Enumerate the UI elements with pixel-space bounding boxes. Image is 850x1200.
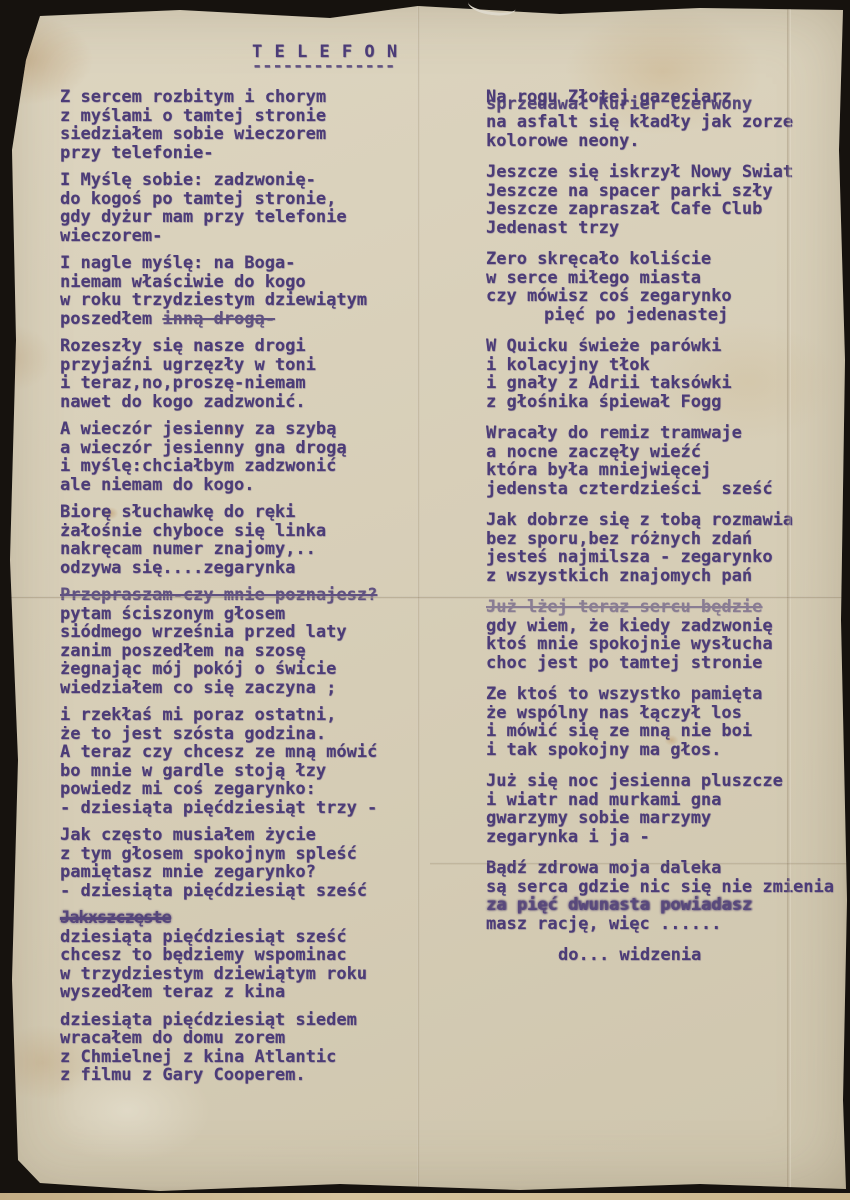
poem-line: żegnając mój pokój o świcie: [60, 660, 464, 679]
poem-line: z Chmielnej z kina Atlantic: [60, 1048, 464, 1067]
poem-line: siódmego września przed laty: [60, 623, 464, 642]
stanza: Jeszcze się iskrzył Nowy SwiatJeszcze na…: [486, 163, 850, 237]
poem-line: zegarynka i ja -: [486, 828, 850, 847]
poem-line: Jeszcze na spacer parki szły: [486, 182, 850, 201]
poem-line: Biorę słuchawkę do ręki: [60, 503, 464, 522]
poem-line: pięć po jedenastej: [486, 306, 850, 325]
poem-line: żałośnie chyboce się linka: [60, 522, 464, 541]
poem-line: a nocne zaczęły wieźć: [486, 443, 850, 462]
poem-line: i myślę:chciałbym zadzwonić: [60, 457, 464, 476]
poem-line: ktoś mnie spokojnie wysłucha: [486, 635, 850, 654]
poem-line: I nagle myślę: na Boga-: [60, 254, 464, 273]
poem-line: przy telefonie-: [60, 144, 464, 163]
poem-line: Z sercem rozbitym i chorym: [60, 88, 464, 107]
poem-column-right: Na rogu Złotej gazeciarzsprzedawał Kurie…: [486, 88, 850, 978]
poem-line: kolorowe neony.: [486, 132, 850, 151]
paper-sheet: T E L E F O N -------------- Z sercem ro…: [0, 0, 850, 1194]
poem-line: z myślami o tamtej stronie: [60, 107, 464, 126]
stanza: Biorę słuchawkę do rękiżałośnie chyboce …: [60, 503, 464, 577]
poem-line: Wracały do remiz tramwaje: [486, 424, 850, 443]
poem-line: czy mówisz coś zegarynko: [486, 287, 850, 306]
poem-line: dziesiąta pięćdziesiąt sześć: [60, 928, 464, 947]
poem-line: ale niemam do kogo.: [60, 476, 464, 495]
stanza: Na rogu Złotej gazeciarzsprzedawał Kurie…: [486, 88, 850, 150]
photo-of-typewritten-poem: { "poem": { "title": "T E L E F O N", "t…: [0, 0, 850, 1200]
poem-line: jedensta czterdzieści sześć: [486, 480, 850, 499]
poem-line: choc jest po tamtej stronie: [486, 654, 850, 673]
poem-line: gdy wiem, że kiedy zadzwonię: [486, 617, 850, 636]
poem-line: - dziesiąta pięćdziesiąt sześć: [60, 882, 464, 901]
stanza: Jakxszczęstedziesiąta pięćdziesiąt sześć…: [60, 909, 464, 1002]
poem-line: i gnały z Adrii taksówki: [486, 374, 850, 393]
poem-line: w trzydziestym dziewiątym roku: [60, 965, 464, 984]
poem-line: Zero skręcało koliście: [486, 250, 850, 269]
poem-line: przyjaźni ugrzęzły w toni: [60, 356, 464, 375]
poem-line: pytam ściszonym głosem: [60, 605, 464, 624]
poem-line: Jeszcze zapraszał Cafe Club: [486, 200, 850, 219]
poem-line: pamiętasz mnie zegarynko?: [60, 863, 464, 882]
poem-line: jesteś najmilsza - zegarynko: [486, 548, 850, 567]
poem-line: Już lżej teraz sercu będzie: [486, 598, 850, 617]
stanza: Przepraszam-czy mnie poznajesz?pytam ści…: [60, 586, 464, 697]
poem-line: Już się noc jesienna pluszcze: [486, 772, 850, 791]
poem-line: i teraz,no,proszę-niemam: [60, 374, 464, 393]
poem-line: Ze ktoś to wszystko pamięta: [486, 685, 850, 704]
poem-line: która była mniejwięcej: [486, 461, 850, 480]
poem-line: nakręcam numer znajomy,..: [60, 540, 464, 559]
poem-line: i rzekłaś mi poraz ostatni,: [60, 706, 464, 725]
stanza: Z sercem rozbitym i chorymz myślami o ta…: [60, 88, 464, 162]
poem-line: zanim poszedłem na szosę: [60, 642, 464, 661]
poem-line: z wszystkich znajomych pań: [486, 567, 850, 586]
poem-line: sprzedawał Kurier Czerwony: [486, 95, 850, 114]
poem-line: w serce miłego miasta: [486, 269, 850, 288]
poem-line: za pięć dwunasta powiadasz: [486, 896, 850, 915]
poem-line: Jak często musiałem życie: [60, 826, 464, 845]
poem-line: a wieczór jesienny gna drogą: [60, 439, 464, 458]
poem-line: z filmu z Gary Cooperem.: [60, 1066, 464, 1085]
stanza: do... widzenia: [486, 946, 850, 965]
poem-title-block: T E L E F O N --------------: [252, 42, 398, 76]
poem-line: powiedz mi coś zegarynko:: [60, 780, 464, 799]
struck-text: inną drogą-: [162, 309, 275, 329]
stanza: Bądź zdrowa moja dalekasą serca gdzie ni…: [486, 859, 850, 933]
poem-line: z głośnika śpiewał Fogg: [486, 393, 850, 412]
stanza: Już lżej teraz sercu będziegdy wiem, że …: [486, 598, 850, 672]
poem-line: A teraz czy chcesz ze mną mówić: [60, 743, 464, 762]
poem-line: że wspólny nas łączył los: [486, 704, 850, 723]
plain-text: poszedłem: [60, 309, 162, 329]
poem-line: Przepraszam-czy mnie poznajesz?: [60, 586, 464, 605]
poem-line: masz rację, więc ......: [486, 915, 850, 934]
stanza: I Myślę sobie: zadzwonię-do kogoś po tam…: [60, 171, 464, 245]
poem-line: w roku trzydziestym dziewiątym: [60, 291, 464, 310]
poem-line: nawet do kogo zadzwonić.: [60, 393, 464, 412]
poem-line: Jakxszczęste: [60, 909, 464, 928]
poem-line: i wiatr nad murkami gna: [486, 791, 850, 810]
stanza: Jak często musiałem życiez tym głosem sp…: [60, 826, 464, 900]
poem-line: Bądź zdrowa moja daleka: [486, 859, 850, 878]
poem-line: wracałem do domu zorem: [60, 1029, 464, 1048]
poem-line: i mówić się ze mną nie boi: [486, 722, 850, 741]
poem-line: Jak dobrze się z tobą rozmawia: [486, 511, 850, 530]
stanza: Rozeszły się nasze drogiprzyjaźni ugrzęz…: [60, 337, 464, 411]
poem-line: i tak spokojny ma głos.: [486, 741, 850, 760]
stanza: A wieczór jesienny za szybąa wieczór jes…: [60, 420, 464, 494]
poem-line: i kolacyjny tłok: [486, 356, 850, 375]
poem-line: że to jest szósta godzina.: [60, 725, 464, 744]
poem-line: do... widzenia: [486, 946, 850, 965]
title-underline: --------------: [252, 56, 398, 76]
poem-line: Jeszcze się iskrzył Nowy Swiat: [486, 163, 850, 182]
stanza: Zero skręcało koliściew serce miłego mia…: [486, 250, 850, 324]
poem-line: z tym głosem spokojnym spleść: [60, 845, 464, 864]
stanza: dziesiąta pięćdziesiąt siedemwracałem do…: [60, 1011, 464, 1085]
poem-line: A wieczór jesienny za szybą: [60, 420, 464, 439]
poem-line: wyszedłem teraz z kina: [60, 983, 464, 1002]
poem-line: wiedziałem co się zaczyna ;: [60, 679, 464, 698]
poem-column-left: Z sercem rozbitym i chorymz myślami o ta…: [60, 88, 464, 1094]
poem-line: do kogoś po tamtej stronie,: [60, 190, 464, 209]
poem-line: Rozeszły się nasze drogi: [60, 337, 464, 356]
poem-line: siedziałem sobie wieczorem: [60, 125, 464, 144]
stanza: i rzekłaś mi poraz ostatni,że to jest sz…: [60, 706, 464, 817]
stanza: Ze ktoś to wszystko pamiętaże wspólny na…: [486, 685, 850, 759]
poem-line: chcesz to będziemy wspominac: [60, 946, 464, 965]
poem-line: I Myślę sobie: zadzwonię-: [60, 171, 464, 190]
poem-line: gdy dyżur mam przy telefonie: [60, 208, 464, 227]
poem-line: poszedłem inną drogą-: [60, 310, 464, 329]
poem-line: są serca gdzie nic się nie zmienia: [486, 878, 850, 897]
poem-line: Jedenast trzy: [486, 219, 850, 238]
stanza: W Quicku świeże parówkii kolacyjny tłoki…: [486, 337, 850, 411]
poem-line: na asfalt się kładły jak zorze: [486, 113, 850, 132]
background-table-edge: [0, 1193, 850, 1200]
stanza: I nagle myślę: na Boga-niemam właściwie …: [60, 254, 464, 328]
poem-line: niemam właściwie do kogo: [60, 273, 464, 292]
poem-line: gwarzymy sobie marzymy: [486, 809, 850, 828]
stanza: Jak dobrze się z tobą rozmawiabez sporu,…: [486, 511, 850, 585]
stanza: Wracały do remiz tramwajea nocne zaczęły…: [486, 424, 850, 498]
poem-line: wieczorem-: [60, 227, 464, 246]
stanza: Już się noc jesienna pluszczei wiatr nad…: [486, 772, 850, 846]
poem-line: dziesiąta pięćdziesiąt siedem: [60, 1011, 464, 1030]
poem-line: bo mnie w gardle stoją łzy: [60, 762, 464, 781]
poem-line: odzywa się....zegarynka: [60, 559, 464, 578]
poem-line: W Quicku świeże parówki: [486, 337, 850, 356]
poem-line: bez sporu,bez różnych zdań: [486, 530, 850, 549]
poem-line: - dziesiąta pięćdziesiąt trzy -: [60, 799, 464, 818]
